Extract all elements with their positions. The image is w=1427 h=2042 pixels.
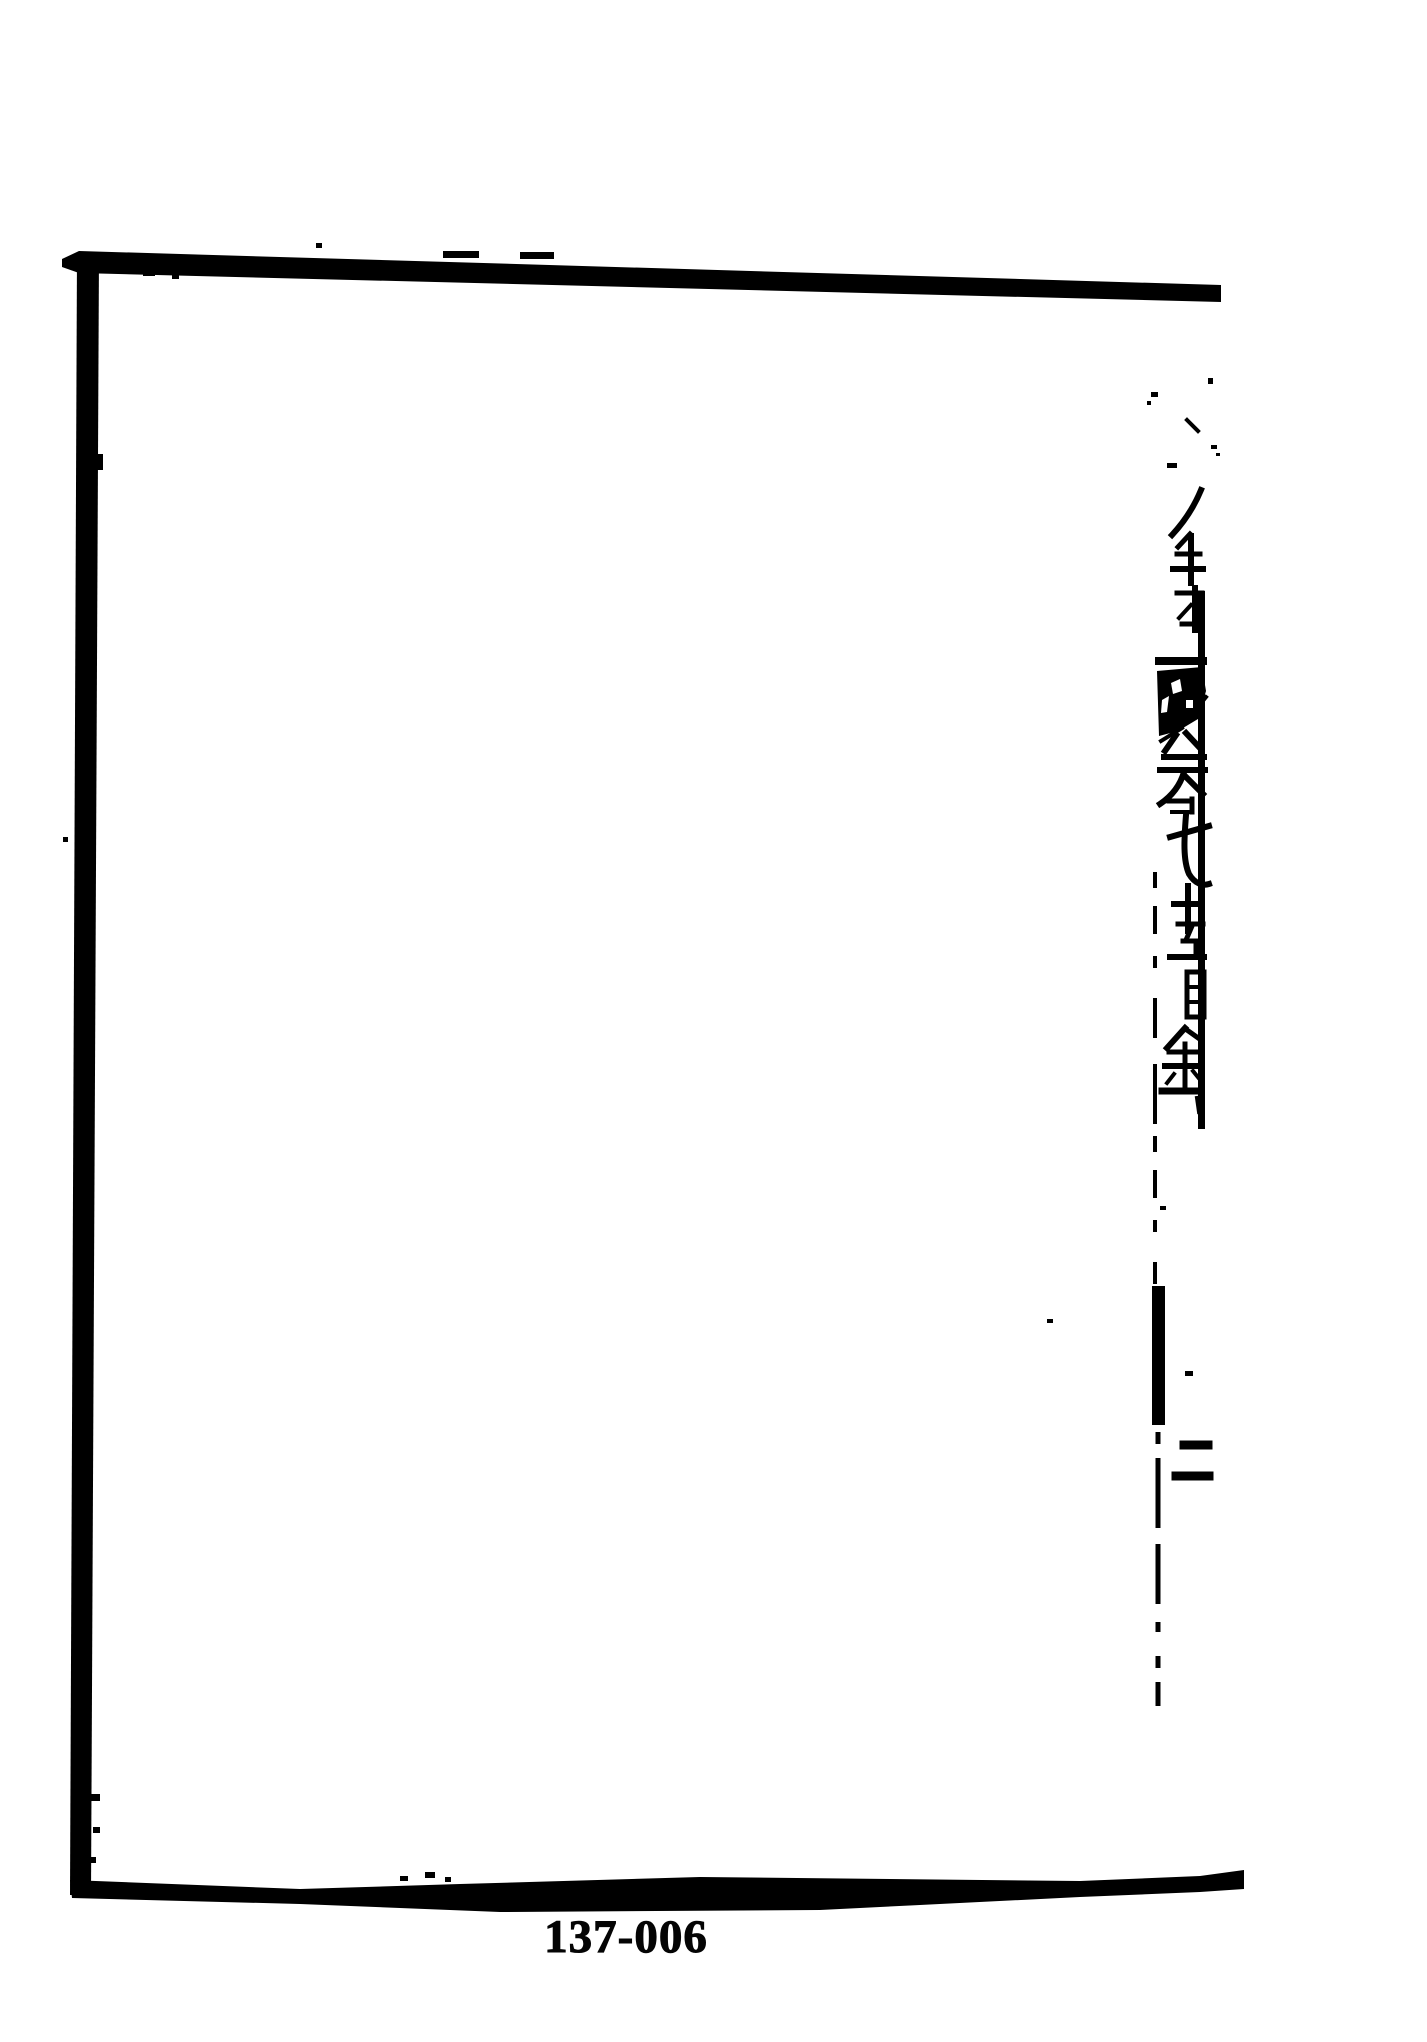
bottom-border	[70, 1870, 1244, 1912]
page-scan-artwork	[0, 0, 1427, 2042]
left-border-bump	[93, 1827, 100, 1833]
page-frame	[62, 243, 1244, 1912]
bottom-border-speck	[445, 1877, 451, 1882]
bottom-border-speck	[400, 1876, 408, 1881]
partial-stroke	[1172, 490, 1201, 535]
ink-specks	[63, 378, 1220, 1910]
glyph-partial-1	[1173, 534, 1203, 583]
rule-tick	[1160, 1206, 1166, 1210]
left-border	[70, 252, 99, 1895]
top-border-dash	[520, 252, 554, 259]
top-border-speck	[316, 243, 322, 248]
page-number: 137-006	[536, 1910, 716, 1964]
scanned-book-page: 137-006	[0, 0, 1427, 2042]
column-rule-left-thick	[1152, 1286, 1165, 1425]
glyph-leaf-number-er	[1176, 1445, 1209, 1476]
top-border-speck	[143, 271, 155, 276]
glyph-lu	[1162, 1028, 1202, 1112]
bottom-border-speck	[425, 1872, 435, 1878]
left-border-bump	[90, 1794, 100, 1801]
top-border	[62, 251, 1221, 302]
rule-tick	[1185, 1371, 1193, 1376]
left-border-bump	[88, 1857, 96, 1863]
top-border-dash	[443, 251, 479, 258]
top-border-speck	[172, 275, 179, 279]
left-border-bump	[97, 454, 103, 470]
